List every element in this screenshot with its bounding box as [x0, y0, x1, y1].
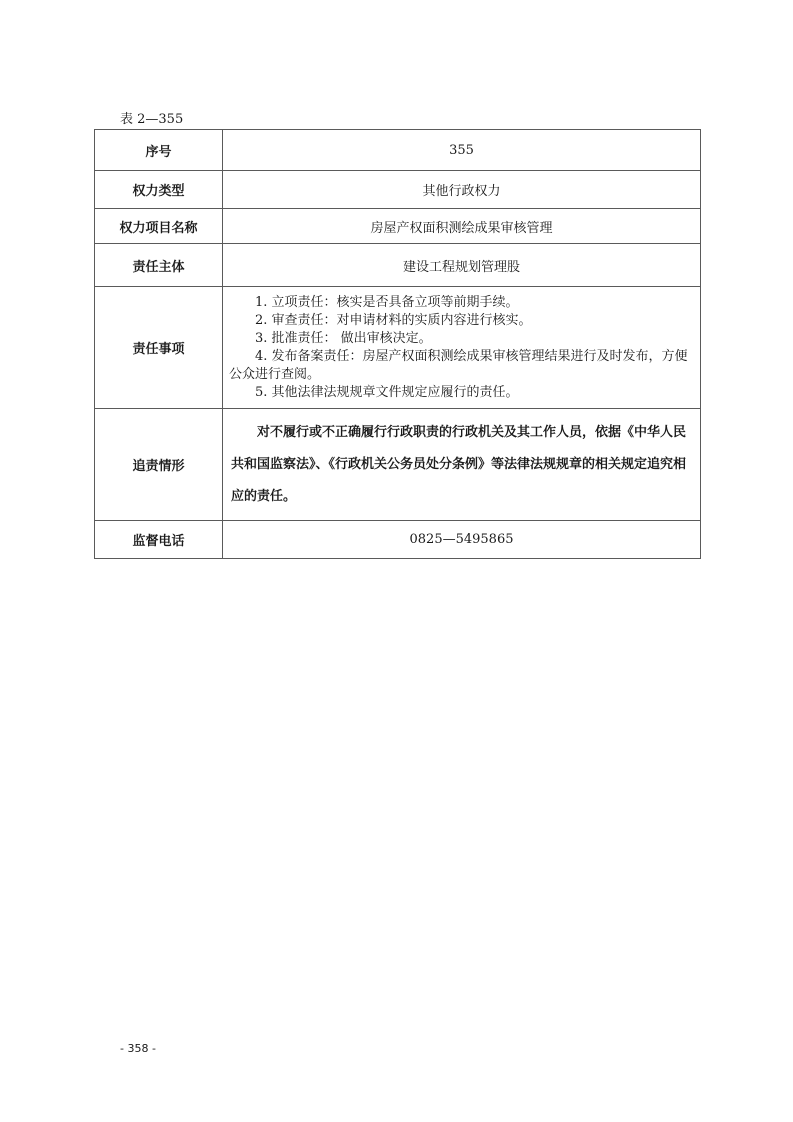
subject-value: 建设工程规划管理股 — [223, 244, 701, 287]
phone-value: 0825—5495865 — [223, 521, 701, 559]
power-type-value: 其他行政权力 — [223, 171, 701, 209]
duty-item: 4. 发布备案责任：房屋产权面积测绘成果审核管理结果进行及时发布，方便公众进行查… — [229, 348, 694, 384]
item-name-value: 房屋产权面积测绘成果审核管理 — [223, 209, 701, 244]
duties-label: 责任事项 — [95, 287, 223, 409]
duty-item: 1. 立项责任：核实是否具备立项等前期手续。 — [229, 294, 694, 312]
phone-label: 监督电话 — [95, 521, 223, 559]
item-name-label: 权力项目名称 — [95, 209, 223, 244]
duties-list: 1. 立项责任：核实是否具备立项等前期手续。 2. 审查责任：对申请材料的实质内… — [223, 287, 701, 409]
power-duty-table: 序号 355 权力类型 其他行政权力 权力项目名称 房屋产权面积测绘成果审核管理… — [94, 129, 701, 559]
table-row-subject: 责任主体 建设工程规划管理股 — [95, 244, 701, 287]
subject-label: 责任主体 — [95, 244, 223, 287]
table-row-duties: 责任事项 1. 立项责任：核实是否具备立项等前期手续。 2. 审查责任：对申请材… — [95, 287, 701, 409]
accountability-label: 追责情形 — [95, 409, 223, 521]
table-row-serial: 序号 355 — [95, 130, 701, 171]
page-number: - 358 - — [120, 1042, 156, 1055]
duty-item: 3. 批准责任： 做出审核决定。 — [229, 330, 694, 348]
table-row-power-type: 权力类型 其他行政权力 — [95, 171, 701, 209]
duty-item: 5. 其他法律法规规章文件规定应履行的责任。 — [229, 384, 694, 402]
table-row-phone: 监督电话 0825—5495865 — [95, 521, 701, 559]
accountability-value: 对不履行或不正确履行行政职责的行政机关及其工作人员，依据《中华人民共和国监察法》… — [223, 409, 701, 521]
table-caption: 表 2—355 — [120, 108, 183, 127]
serial-label: 序号 — [95, 130, 223, 171]
table-row-item-name: 权力项目名称 房屋产权面积测绘成果审核管理 — [95, 209, 701, 244]
power-type-label: 权力类型 — [95, 171, 223, 209]
duty-item: 2. 审查责任：对申请材料的实质内容进行核实。 — [229, 312, 694, 330]
serial-value: 355 — [223, 130, 701, 171]
table-row-accountability: 追责情形 对不履行或不正确履行行政职责的行政机关及其工作人员，依据《中华人民共和… — [95, 409, 701, 521]
